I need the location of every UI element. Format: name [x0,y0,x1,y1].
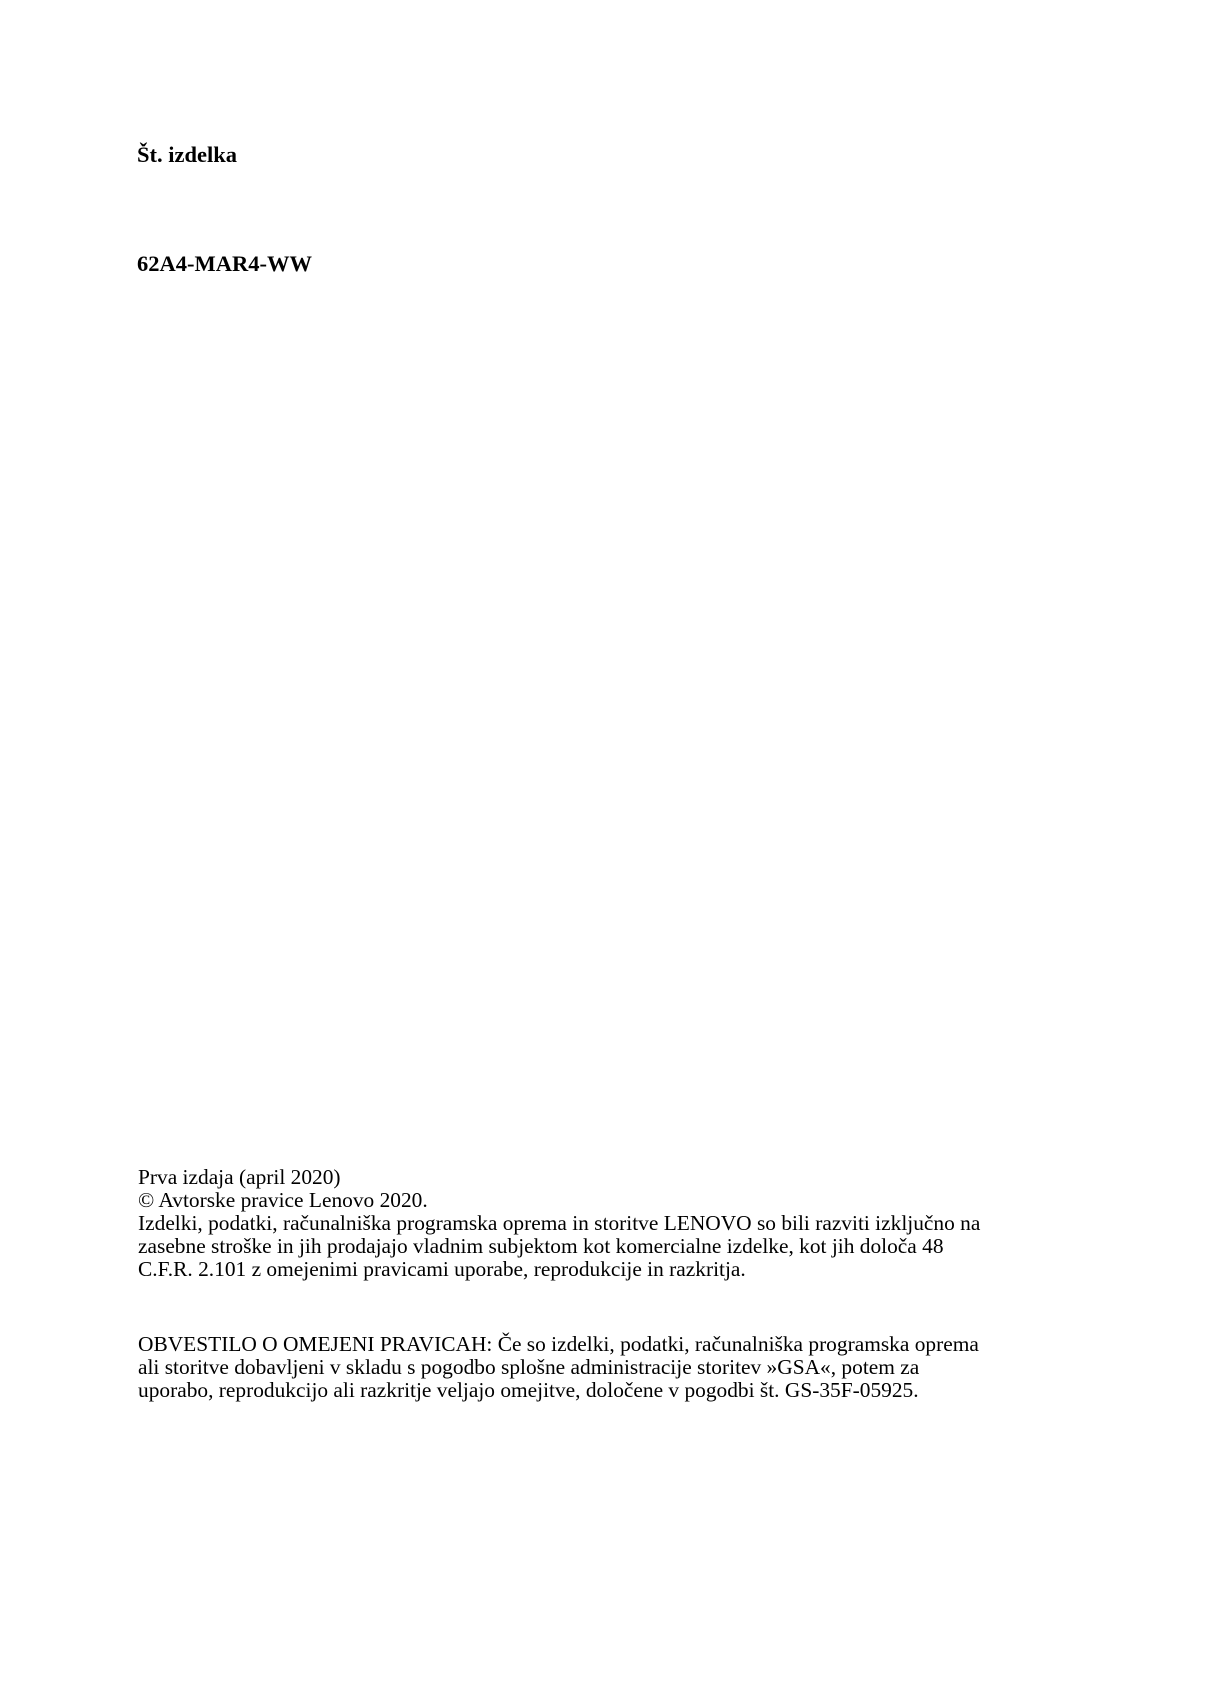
restricted-rights-notice: OBVESTILO O OMEJENI PRAVICAH: Če so izde… [138,1333,1138,1402]
notice-line: zasebne stroške in jih prodajajo vladnim… [138,1235,1138,1258]
notice-line: ali storitve dobavljeni v skladu s pogod… [138,1356,1138,1379]
edition-copyright-notice: Prva izdaja (april 2020) © Avtorske prav… [138,1166,1138,1281]
notice-line: Izdelki, podatki, računalniška programsk… [138,1212,1138,1235]
edition-line: Prva izdaja (april 2020) [138,1166,1138,1189]
notice-line: uporabo, reprodukcijo ali razkritje velj… [138,1379,1138,1402]
product-number-label: Št. izdelka [137,142,237,168]
product-number: 62A4-MAR4-WW [137,251,312,277]
notice-line: OBVESTILO O OMEJENI PRAVICAH: Če so izde… [138,1333,1138,1356]
copyright-line: © Avtorske pravice Lenovo 2020. [138,1189,1138,1212]
document-page: Št. izdelka 62A4-MAR4-WW Prva izdaja (ap… [0,0,1225,1684]
notice-line: C.F.R. 2.101 z omejenimi pravicami upora… [138,1258,1138,1281]
